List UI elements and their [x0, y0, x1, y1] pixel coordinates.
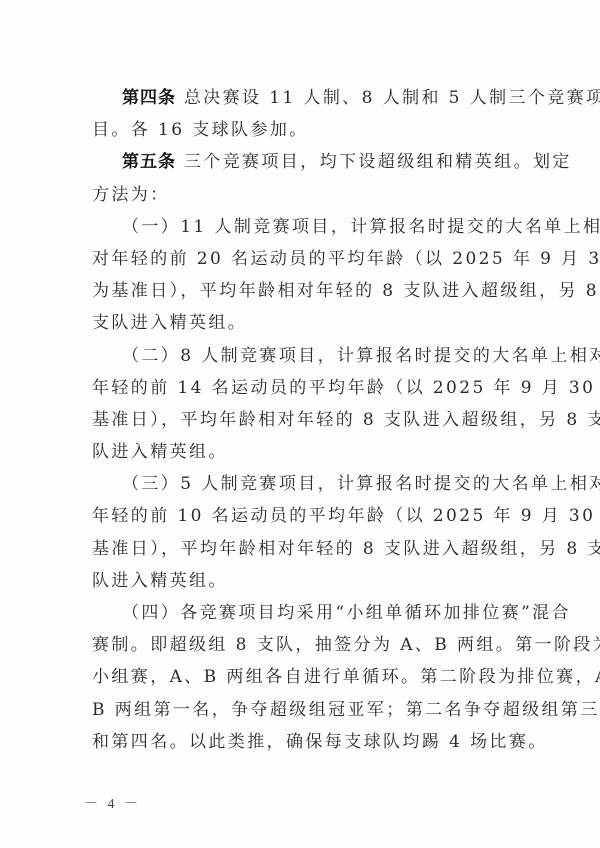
clause-1-line-1: （一）11 人制竞赛项目，计算报名时提交的大名单上相	[92, 211, 510, 243]
clause-4-line-5: 和第四名。以此类推，确保每支球队均踢 4 场比赛。	[92, 726, 510, 758]
clause-2-line-1: （二）8 人制竞赛项目，计算报名时提交的大名单上相对	[92, 340, 510, 372]
article-5-text: 三个竞赛项目，均下设超级组和精英组。划定	[184, 152, 572, 172]
clause-1-line-3: 为基准日），平均年龄相对年轻的 8 支队进入超级组，另 8	[92, 275, 510, 307]
article-4-line-2: 目。各 16 支球队参加。	[92, 114, 510, 146]
clause-3-line-3: 基准日），平均年龄相对年轻的 8 支队进入超级组，另 8 支	[92, 533, 510, 565]
clause-2-line-2: 年轻的前 14 名运动员的平均年龄（以 2025 年 9 月 30 日为	[92, 372, 510, 404]
article-4-text: 总决赛设 11 人制、8 人制和 5 人制三个竞赛项	[184, 88, 600, 108]
article-4-line-1: 第四条 总决赛设 11 人制、8 人制和 5 人制三个竞赛项	[92, 82, 510, 114]
article-5-line-2: 方法为：	[92, 179, 510, 211]
article-5-heading: 第五条	[122, 152, 176, 172]
clause-1-line-2: 对年轻的前 20 名运动员的平均年龄（以 2025 年 9 月 30 日	[92, 243, 510, 275]
article-4-heading: 第四条	[122, 88, 176, 108]
document-page: 第四条 总决赛设 11 人制、8 人制和 5 人制三个竞赛项 目。各 16 支球…	[0, 0, 600, 848]
clause-2-line-4: 队进入精英组。	[92, 436, 510, 468]
clause-3-line-2: 年轻的前 10 名运动员的平均年龄（以 2025 年 9 月 30 日为	[92, 500, 510, 532]
clause-4-line-3: 小组赛，A、B 两组各自进行单循环。第二阶段为排位赛，A、	[92, 661, 510, 693]
clause-1-line-4: 支队进入精英组。	[92, 307, 510, 339]
document-body: 第四条 总决赛设 11 人制、8 人制和 5 人制三个竞赛项 目。各 16 支球…	[92, 82, 510, 758]
article-5-line-1: 第五条 三个竞赛项目，均下设超级组和精英组。划定	[92, 146, 510, 178]
clause-3-line-4: 队进入精英组。	[92, 565, 510, 597]
clause-4-line-2: 赛制。即超级组 8 支队，抽签分为 A、B 两组。第一阶段为	[92, 629, 510, 661]
clause-4-line-1: （四）各竞赛项目均采用“小组单循环加排位赛”混合	[92, 597, 510, 629]
clause-3-line-1: （三）5 人制竞赛项目，计算报名时提交的大名单上相对	[92, 468, 510, 500]
clause-4-line-4: B 两组第一名，争夺超级组冠亚军；第二名争夺超级组第三	[92, 694, 510, 726]
page-number: － 4 －	[84, 793, 141, 813]
clause-2-line-3: 基准日），平均年龄相对年轻的 8 支队进入超级组，另 8 支	[92, 404, 510, 436]
